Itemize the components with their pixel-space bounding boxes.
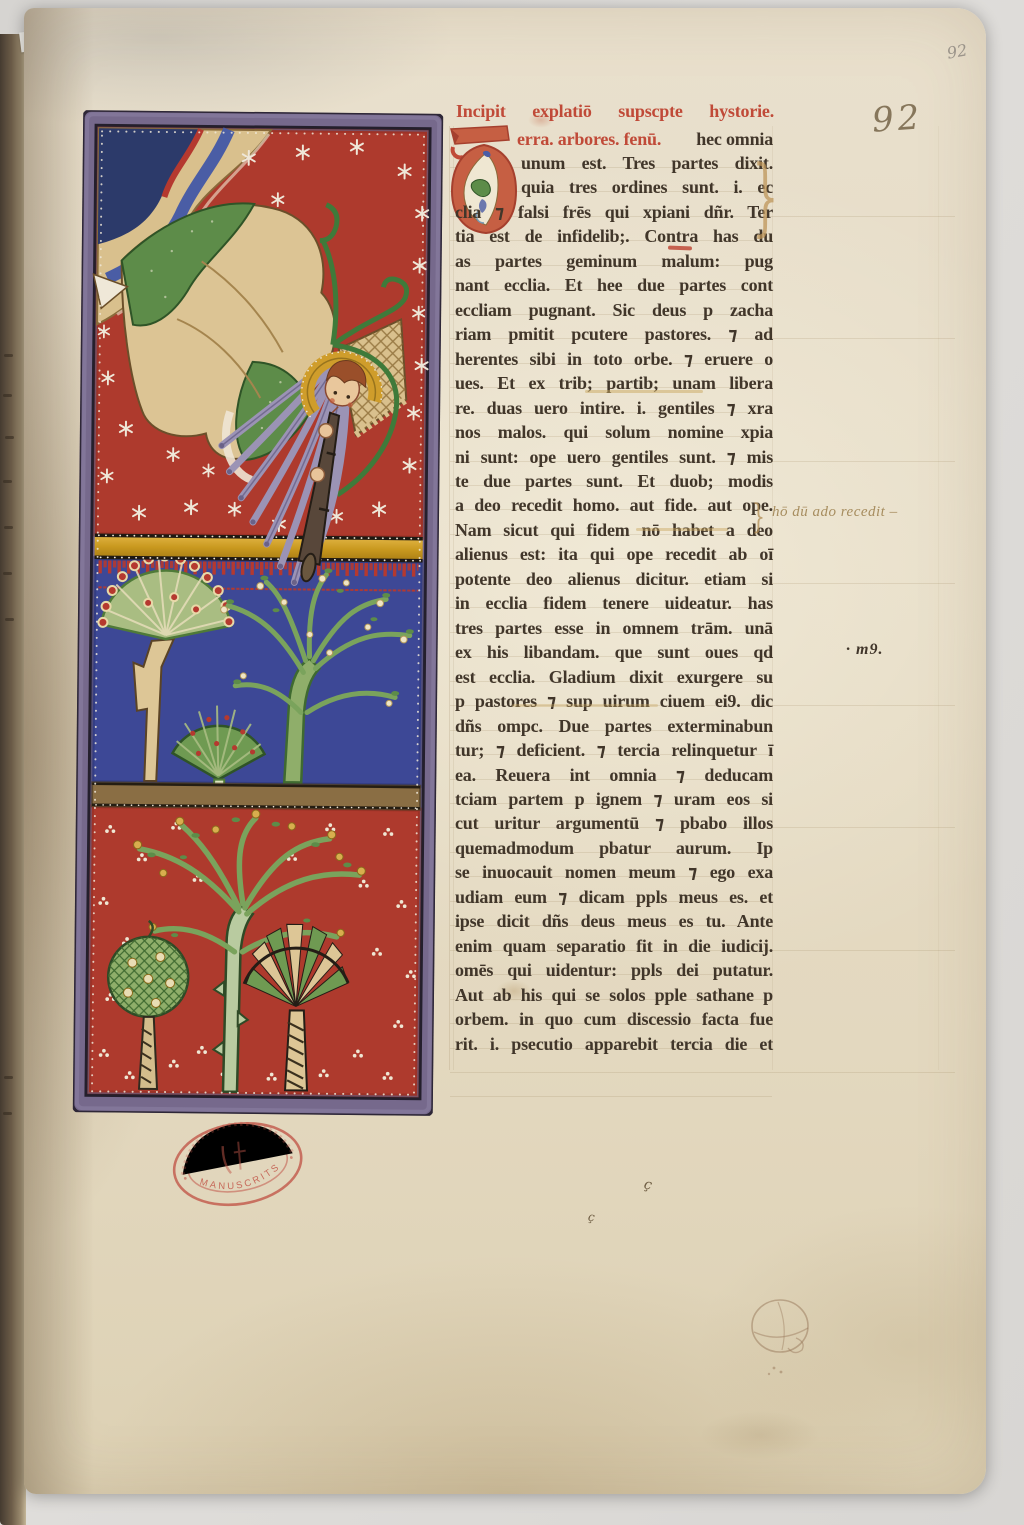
text-line: re. duas uero intire. i. gentiles ⁊ xra	[455, 396, 773, 420]
text-line: as partes geminum malum: pug	[455, 249, 773, 273]
text-line: eccliam pugnant. Sic deus p zacha	[455, 298, 773, 322]
text-line: clia ⁊ falsi frēs qui xpiani dñr. Ter	[455, 200, 773, 224]
text-line: a deo recedit homo. aut fide. aut ope.	[455, 493, 773, 517]
panel-red-trees	[89, 806, 420, 1095]
text-line: tciam partem p ignem ⁊ uram eos si	[455, 787, 773, 811]
text-line: se inuocauit nomen meum ⁊ ego exa	[455, 860, 773, 884]
text-line: est ecclia. Gladium dixit exurgere su	[455, 665, 773, 689]
margin-gloss: hō dū ado recedit –	[772, 503, 898, 521]
text-line: ex his libandam. que sunt oues qd	[455, 640, 773, 664]
text-line: riam pmitit pcutere pastores. ⁊ ad	[455, 322, 773, 346]
gloss-brace: }	[752, 500, 765, 534]
facing-page-text-bleed	[3, 394, 12, 397]
angel-hand-on-trumpet	[310, 468, 324, 482]
text-line: unum est. Tres partes dixit.	[521, 151, 773, 175]
text-line: te due partes sunt. Et duob; modis	[455, 469, 773, 493]
text-line: nant ecclia. Et hee due partes cont	[455, 273, 773, 297]
ruling-vertical	[453, 126, 454, 1070]
text-line: orbem. in quo cum discessio facta fue	[455, 1007, 773, 1031]
rubric-incipit: Incipit explatiō supscpte hystorie.	[456, 99, 774, 123]
folio-number-ink: 92	[871, 100, 925, 137]
margin-brace: }	[752, 154, 779, 238]
miniature	[73, 110, 443, 1116]
text-line: udiam eum ⁊ dicam ppls meus es. et	[455, 885, 773, 909]
text-line: alienus est: ita qui ope recedit ab oī	[455, 542, 773, 566]
text-line: tres partes esse in omnem trām. unā	[455, 616, 773, 640]
text-line: herentes sibi in toto orbe. ⁊ eruere o	[455, 347, 773, 371]
angel-hand-on-trumpet	[319, 424, 333, 438]
folio-number-pencil: 92	[946, 42, 969, 61]
text-line: quemadmodum pbatur aurum. Ip	[455, 836, 773, 860]
margin-nota-mark: · m9.	[846, 641, 883, 659]
text-line: potente deo alienus dicitur. etiam si	[455, 567, 773, 591]
gold-divider-band	[95, 534, 423, 561]
manuscript-photo: Incipit explatiō supscpte hystorie. erra…	[0, 0, 1024, 1525]
text-line: ni sunt: ope uero gentiles sunt. ⁊ mis	[455, 445, 773, 469]
facing-page-text-bleed	[4, 526, 13, 529]
facing-page-text-bleed	[3, 480, 12, 483]
bronze-divider-band	[92, 782, 420, 809]
red-correction-mark	[668, 246, 692, 251]
ink-speck: ç	[587, 1210, 595, 1225]
reader-underline	[512, 704, 658, 707]
ruling-vertical	[938, 126, 939, 1070]
text-line: nos malos. qui solum nomine xpia	[455, 420, 773, 444]
text-line: ipse dicit dñs deus meus es tu. Ante	[455, 909, 773, 933]
facing-page-text-bleed	[4, 1076, 13, 1079]
text-line: Aut ab his qui se solos pple sathane p	[455, 983, 773, 1007]
facing-page-text-bleed	[5, 436, 14, 439]
facing-page-text-bleed	[3, 1112, 12, 1115]
text-line: dñs ompc. Due partes exterminabun	[455, 714, 773, 738]
text-line: quia tres ordines sunt. i. ec	[521, 175, 773, 199]
facing-page-text-bleed	[4, 354, 13, 357]
text-line: cut uritur argumentū ⁊ pbabo illos	[455, 811, 773, 835]
reader-underline	[585, 390, 703, 393]
faint-circle-doodle	[738, 1292, 834, 1380]
facing-page-text-bleed	[3, 572, 12, 575]
book-binding-edge	[0, 34, 26, 1525]
text-line: p pastores ⁊ sup uirum ciuem ei9. dic	[455, 689, 773, 713]
text-line: tur; ⁊ deficient. ⁊ tercia relinquetur ī	[455, 738, 773, 762]
facing-page-text-bleed	[5, 618, 14, 621]
text-line: omēs qui uidentur: ppls dei putatur.	[455, 958, 773, 982]
text-line: rit. i. psecutio apparebit tercia die et	[455, 1032, 773, 1056]
text-line: tia est de infidelib;. Contra has du	[455, 224, 773, 248]
reader-underline	[636, 528, 728, 531]
text-line: ea. Reuera int omnia ⁊ deducam	[455, 763, 773, 787]
ruling-vertical	[449, 126, 450, 1070]
text-line: enim quam separatio fit in die iudicij.	[455, 934, 773, 958]
text-line: in ecclia fidem tenere uideatur. has	[455, 591, 773, 615]
